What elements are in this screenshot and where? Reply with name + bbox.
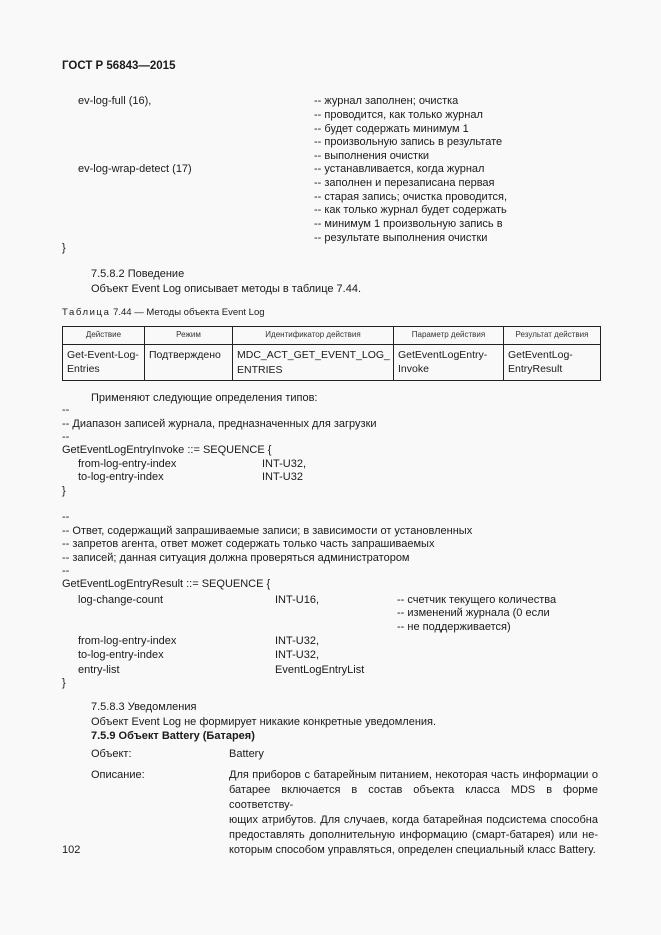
cell-action: Get-Event-Log- Entries: [63, 345, 145, 381]
field-name: from-log-entry-index: [78, 634, 176, 648]
column-header-mode: Режим: [145, 327, 233, 345]
cell-line: EntryResult: [508, 362, 596, 376]
field-type: INT-U32,: [275, 634, 319, 648]
type-declaration: GetEventLogEntryResult ::= SEQUENCE {: [62, 577, 270, 591]
table-header-row: Действие Режим Идентификатор действия Па…: [63, 327, 601, 345]
comment-line: --: [62, 564, 69, 578]
enum-comment: -- как только журнал будет содержать: [314, 203, 507, 217]
enum-comment: -- минимум 1 произвольную запись в: [314, 217, 503, 231]
enum-comment: -- выполнения очистки: [314, 149, 429, 163]
field-comment: -- не поддерживается): [397, 620, 511, 634]
enum-comment: -- устанавливается, когда журнал: [314, 162, 484, 176]
cell-line: Invoke: [398, 362, 499, 376]
table-caption-prefix: Таблица: [62, 307, 110, 318]
page-number: 102: [62, 843, 80, 857]
column-header-action-result: Результат действия: [504, 327, 601, 345]
close-brace: }: [62, 676, 66, 690]
description-line: предоставлять дополнительную информацию …: [229, 828, 598, 843]
cell-action-param: GetEventLogEntry- Invoke: [394, 345, 504, 381]
field-type: INT-U32: [262, 470, 303, 484]
enum-item-ev-log-full: ev-log-full (16),: [78, 94, 151, 108]
field-comment: -- изменений журнала (0 если: [397, 606, 550, 620]
column-header-action: Действие: [63, 327, 145, 345]
enum-comment: -- произвольную запись в результате: [314, 135, 502, 149]
description-line: Для приборов с батарейным питанием, неко…: [229, 768, 598, 783]
types-intro: Применяют следующие определения типов:: [91, 391, 317, 405]
cell-action-result: GetEventLog- EntryResult: [504, 345, 601, 381]
description-text: Для приборов с батарейным питанием, неко…: [229, 768, 598, 858]
cell-line: ENTRIES: [237, 363, 389, 377]
cell-line: Подтверждено: [149, 348, 228, 362]
field-type: EventLogEntryList: [275, 663, 364, 677]
section-heading-7-5-8-3: 7.5.8.3 Уведомления: [91, 700, 196, 714]
column-header-action-param: Параметр действия: [394, 327, 504, 345]
object-label: Объект:: [91, 747, 132, 761]
comment-line: -- Диапазон записей журнала, предназначе…: [62, 417, 377, 431]
cell-line: Get-Event-Log-: [67, 348, 140, 362]
field-type: INT-U32,: [262, 457, 306, 471]
comment-line: -- записей; данная ситуация должна прове…: [62, 551, 410, 565]
section-text-7-5-8-3: Объект Event Log не формирует никакие ко…: [91, 715, 436, 729]
column-header-action-id: Идентификатор действия: [233, 327, 394, 345]
cell-line: GetEventLog-: [508, 348, 596, 362]
object-value: Battery: [229, 747, 264, 761]
comment-line: -- Ответ, содержащий запрашиваемые запис…: [62, 524, 472, 538]
field-name: from-log-entry-index: [78, 457, 176, 471]
cell-mode: Подтверждено: [145, 345, 233, 381]
enum-comment: -- старая запись; очистка проводится,: [314, 190, 507, 204]
close-brace: }: [62, 484, 66, 498]
cell-line: Entries: [67, 362, 140, 376]
field-name: entry-list: [78, 663, 120, 677]
comment-line: -- запретов агента, ответ может содержат…: [62, 537, 434, 551]
table-caption: Таблица 7.44 — Методы объекта Event Log: [62, 306, 265, 320]
enum-item-ev-log-wrap-detect: ev-log-wrap-detect (17): [78, 162, 192, 176]
section-text-7-5-8-2: Объект Event Log описывает методы в табл…: [91, 282, 361, 296]
type-declaration: GetEventLogEntryInvoke ::= SEQUENCE {: [62, 443, 271, 457]
table-caption-title: 7.44 — Методы объекта Event Log: [113, 307, 264, 318]
description-line: ющих атрибутов. Для случаев, когда батар…: [229, 813, 598, 828]
field-name: log-change-count: [78, 593, 163, 607]
description-line: батарее включается в состав объекта клас…: [229, 783, 598, 813]
description-line: которым способом управляться, определен …: [229, 843, 598, 858]
description-label: Описание:: [91, 768, 145, 782]
enum-close-brace: }: [62, 241, 66, 255]
field-type: INT-U32,: [275, 648, 319, 662]
enum-comment: -- журнал заполнен; очистка: [314, 94, 458, 108]
field-name: to-log-entry-index: [78, 648, 164, 662]
table-row: Get-Event-Log- Entries Подтверждено MDC_…: [63, 345, 601, 381]
field-type: INT-U16,: [275, 593, 319, 607]
enum-comment: -- будет содержать минимум 1: [314, 122, 469, 136]
comment-line: --: [62, 510, 69, 524]
document-standard-header: ГОСТ Р 56843—2015: [62, 59, 175, 73]
cell-action-id: MDC_ACT_GET_EVENT_LOG_ ENTRIES: [233, 345, 394, 381]
cell-line: GetEventLogEntry-: [398, 348, 499, 362]
comment-line: --: [62, 430, 69, 444]
enum-comment: -- проводится, как только журнал: [314, 108, 483, 122]
section-heading-7-5-9: 7.5.9 Объект Battery (Батарея): [91, 729, 255, 743]
cell-line: MDC_ACT_GET_EVENT_LOG_: [237, 348, 389, 362]
field-name: to-log-entry-index: [78, 470, 164, 484]
section-heading-7-5-8-2: 7.5.8.2 Поведение: [91, 267, 184, 281]
methods-table: Действие Режим Идентификатор действия Па…: [62, 326, 601, 381]
enum-comment: -- заполнен и перезаписана первая: [314, 176, 495, 190]
enum-comment: -- результате выполнения очистки: [314, 231, 487, 245]
field-comment: -- счетчик текущего количества: [397, 593, 556, 607]
comment-line: --: [62, 403, 69, 417]
